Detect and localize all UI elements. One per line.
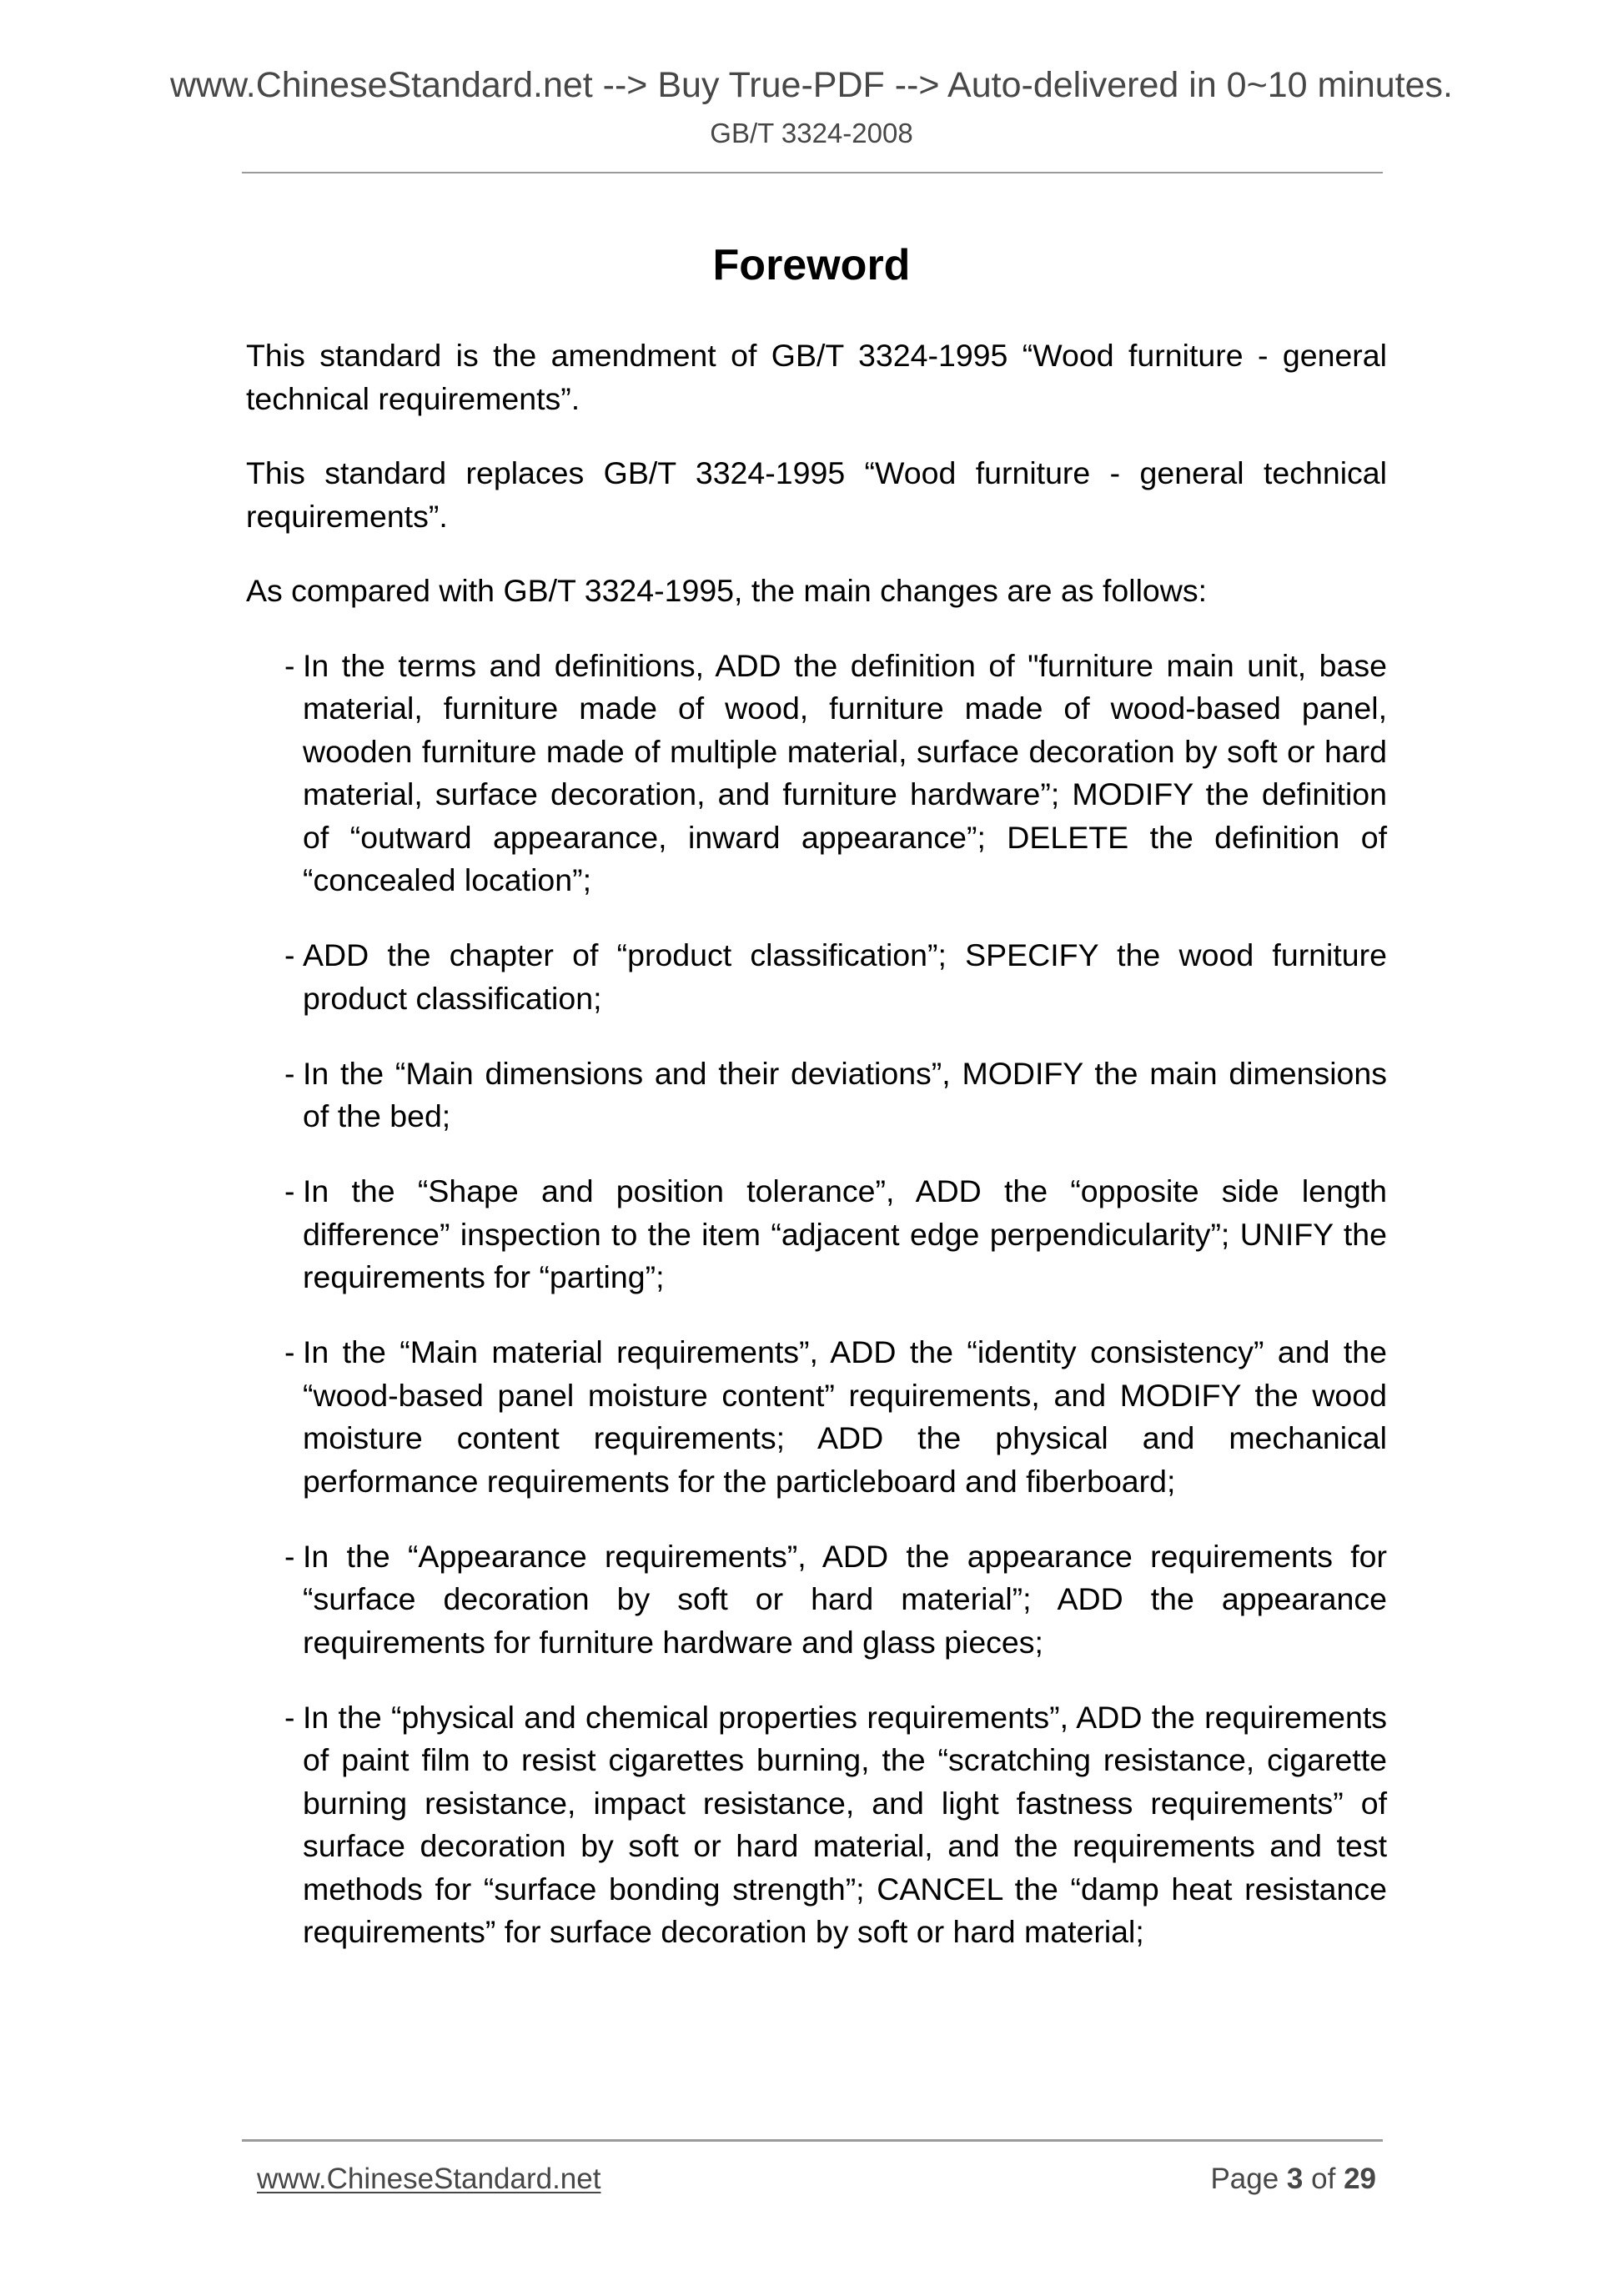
list-item-text: In the terms and definitions, ADD the de…	[303, 648, 1387, 898]
list-item-text: In the “Shape and position tolerance”, A…	[303, 1173, 1387, 1294]
list-item-text: ADD the chapter of “product classificati…	[303, 937, 1387, 1016]
header-divider	[242, 172, 1383, 173]
dash-marker: -	[284, 1170, 295, 1213]
page-label: Page	[1210, 2163, 1279, 2195]
list-item-text: In the “Main material requirements”, ADD…	[303, 1334, 1387, 1499]
foreword-body: This standard is the amendment of GB/T 3…	[246, 334, 1387, 1986]
dash-marker: -	[284, 1331, 295, 1374]
footer-website-link[interactable]: www.ChineseStandard.net	[257, 2162, 600, 2197]
page-of-label: of	[1311, 2163, 1335, 2195]
page-title: Foreword	[0, 240, 1623, 290]
paragraph-replaces: This standard replaces GB/T 3324-1995 “W…	[246, 452, 1387, 538]
page-total: 29	[1344, 2163, 1376, 2195]
list-item: -In the “physical and chemical propertie…	[246, 1696, 1387, 1954]
list-item-text: In the “Main dimensions and their deviat…	[303, 1056, 1387, 1134]
page-current: 3	[1287, 2163, 1303, 2195]
list-item: -In the “Shape and position tolerance”, …	[246, 1170, 1387, 1299]
paragraph-changes-intro: As compared with GB/T 3324-1995, the mai…	[246, 570, 1387, 613]
list-item: -In the “Appearance requirements”, ADD t…	[246, 1535, 1387, 1665]
list-item-text: In the “physical and chemical properties…	[303, 1700, 1387, 1950]
page-indicator: Page 3 of 29	[1210, 2162, 1376, 2197]
list-item: -In the terms and definitions, ADD the d…	[246, 645, 1387, 902]
list-item: -In the “Main material requirements”, AD…	[246, 1331, 1387, 1503]
footer-divider	[242, 2139, 1383, 2142]
dash-marker: -	[284, 1053, 295, 1096]
standard-code: GB/T 3324-2008	[0, 117, 1623, 150]
dash-marker: -	[284, 1535, 295, 1579]
dash-marker: -	[284, 645, 295, 688]
dash-marker: -	[284, 1696, 295, 1740]
header-banner: www.ChineseStandard.net --> Buy True-PDF…	[0, 64, 1623, 106]
changes-list: -In the terms and definitions, ADD the d…	[246, 645, 1387, 1954]
list-item: -ADD the chapter of “product classificat…	[246, 934, 1387, 1020]
paragraph-amendment: This standard is the amendment of GB/T 3…	[246, 334, 1387, 420]
list-item: -In the “Main dimensions and their devia…	[246, 1053, 1387, 1138]
dash-marker: -	[284, 934, 295, 977]
list-item-text: In the “Appearance requirements”, ADD th…	[303, 1539, 1387, 1660]
